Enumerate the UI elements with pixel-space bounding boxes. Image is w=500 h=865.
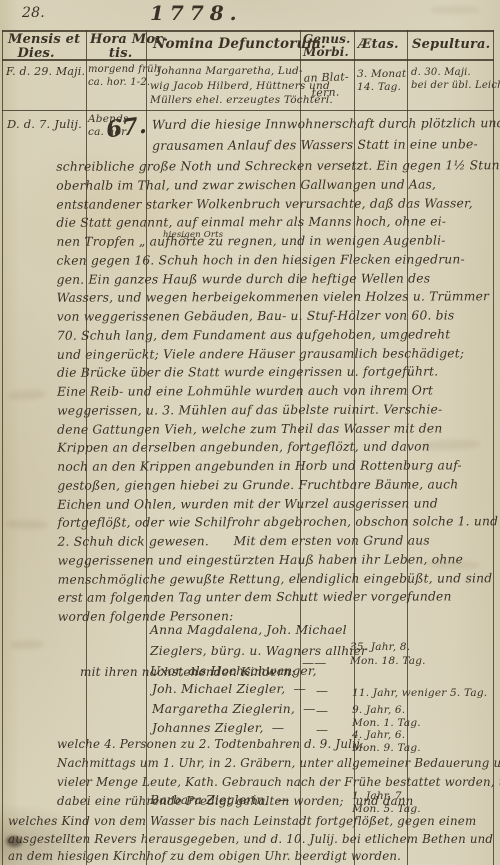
showthrough-smudge [10, 639, 44, 649]
page-number: 28. [22, 5, 45, 21]
entry2-narrative-intro: Wurd die hiesige Innwohnerschaft durch p… [152, 113, 500, 156]
year-heading: 1778. [150, 1, 243, 25]
entry2-date: D. d. 7. Julij. [7, 117, 82, 131]
entry2-children-intro: mit ihren nachstehenden Kindern: [80, 665, 295, 679]
header-genus-morbi: Genus. Morbi. [303, 33, 350, 59]
entry2-closing-note: welches Kind von dem Wasser bis nach Lei… [8, 813, 493, 865]
entry2-narrative-main: schreibliche große Noth und Schrecken ve… [56, 156, 500, 626]
table-left-border [2, 30, 3, 865]
entry2-child1-age: 11. Jahr, weniger 5. Tag. [352, 687, 487, 699]
showthrough-smudge [6, 519, 48, 529]
header-nomina-defunctorum: Nomina Defunctorum. [153, 37, 326, 51]
entry2-victim-barbara: Barbara Zieglerin, — [150, 793, 289, 807]
header-sepultura: Sepultura. [412, 38, 490, 52]
showthrough-smudge [8, 389, 46, 401]
header-aetas: Ætas. [358, 38, 399, 52]
entry2-children-genus-dashes: — — — [316, 682, 328, 741]
header-mensis-et-dies: Mensis et Dies. [8, 33, 80, 61]
entry2-hora-big-digits: 67. [105, 112, 149, 144]
entry1-sepultura: d. 30. Maji. bei der übl. Leich. [411, 66, 500, 92]
showthrough-smudge [430, 6, 480, 14]
entry1-genus-morbi: an Blat- tern. [303, 69, 349, 101]
entry2-victim1-genus-dash: —— [302, 656, 326, 670]
entry2-children-names: Joh. Michael Ziegler, — Margaretha Ziegl… [152, 680, 316, 739]
entry1-date: F. d. 29. Maji. [6, 65, 85, 78]
register-page: 28. 1778. Mensis et Dies. Hora Mor- tis.… [0, 0, 500, 865]
entry2-victim1-age: 35. Jahr, 8. Mon. 18. Tag. [350, 641, 426, 668]
entry1-aetas: 3. Monat 14. Tag. [357, 68, 406, 94]
entry2-child2-age: 9. Jahr, 6. Mon. 1. Tag. [352, 704, 421, 729]
row1-bottom-border [2, 110, 494, 111]
